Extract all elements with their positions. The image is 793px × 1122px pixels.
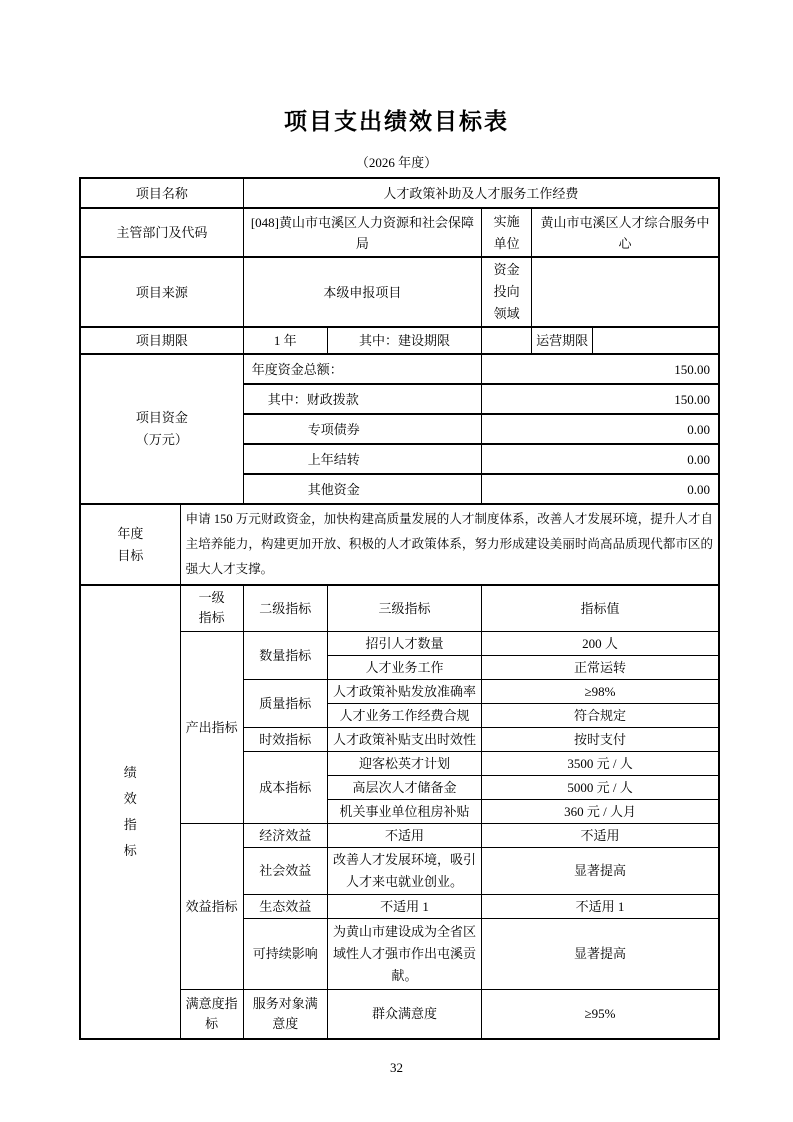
funding-label: 项目资金 （万元）	[80, 354, 243, 504]
indicators-left-label-text: 绩效指标	[123, 760, 138, 864]
op-period-label: 运营期限	[532, 327, 593, 354]
fund-field-label: 资金投向领域	[482, 257, 532, 327]
level1-satisfaction: 满意度指标	[180, 989, 243, 1039]
header-level3: 三级指标	[327, 585, 481, 631]
header-value: 指标值	[482, 585, 719, 631]
level1-benefit: 效益指标	[180, 823, 243, 989]
build-period-value	[482, 327, 532, 354]
level2-ecological: 生态效益	[243, 894, 327, 918]
funding-row-name: 上年结转	[243, 444, 481, 474]
level2-quality: 质量指标	[243, 679, 327, 727]
level3-name: 机关事业单位租房补贴	[327, 799, 481, 823]
level2-cost: 成本指标	[243, 751, 327, 823]
funding-label-line2: （万元）	[83, 429, 241, 451]
funding-row-value: 150.00	[482, 354, 719, 384]
source-label: 项目来源	[80, 257, 243, 327]
impl-unit-label: 实施单位	[482, 208, 532, 257]
department-label: 主管部门及代码	[80, 208, 243, 257]
funding-row-value: 0.00	[482, 414, 719, 444]
row-source: 项目来源 本级申报项目 资金投向领域	[80, 257, 719, 327]
funding-row-name: 年度资金总额：	[243, 354, 481, 384]
level2-timeliness: 时效指标	[243, 727, 327, 751]
page-number: 32	[0, 1060, 793, 1076]
indicator-value: ≥98%	[482, 679, 719, 703]
project-name-value: 人才政策补助及人才服务工作经费	[243, 178, 719, 208]
impl-unit-value: 黄山市屯溪区人才综合服务中心	[532, 208, 719, 257]
annual-goal-label-line2: 目标	[83, 545, 178, 567]
indicators-left-label: 绩效指标	[80, 585, 180, 1039]
document-page: 项目支出绩效目标表 （2026 年度） 项目名称 人才政策补助及人才服务工作经费…	[0, 0, 793, 1076]
indicator-value: 360 元 / 人月	[482, 799, 719, 823]
op-period-value	[593, 327, 719, 354]
level3-name: 群众满意度	[327, 989, 481, 1039]
indicator-value: 5000 元 / 人	[482, 775, 719, 799]
header-level1: 一级指标	[180, 585, 243, 631]
level3-name: 高层次人才储备金	[327, 775, 481, 799]
indicator-value: 不适用	[482, 823, 719, 847]
annual-goal-label-line1: 年度	[83, 523, 178, 545]
level3-name: 不适用 1	[327, 894, 481, 918]
row-indicator-header: 绩效指标 一级指标 二级指标 三级指标 指标值	[80, 585, 719, 631]
indicator-value: 3500 元 / 人	[482, 751, 719, 775]
period-value: 1 年	[243, 327, 327, 354]
level2-service-target: 服务对象满意度	[243, 989, 327, 1039]
funding-row-value: 0.00	[482, 444, 719, 474]
period-label: 项目期限	[80, 327, 243, 354]
indicator-value: 按时支付	[482, 727, 719, 751]
level2-social: 社会效益	[243, 847, 327, 894]
fund-field-value	[532, 257, 719, 327]
funding-label-line1: 项目资金	[83, 407, 241, 429]
level3-name: 人才政策补贴发放准确率	[327, 679, 481, 703]
level2-economic: 经济效益	[243, 823, 327, 847]
level3-name: 改善人才发展环境，吸引人才来屯就业创业。	[327, 847, 481, 894]
source-value: 本级申报项目	[243, 257, 481, 327]
page-subtitle: （2026 年度）	[0, 152, 793, 171]
indicator-value: ≥95%	[482, 989, 719, 1039]
performance-target-table: 项目名称 人才政策补助及人才服务工作经费 主管部门及代码 [048]黄山市屯溪区…	[79, 177, 720, 1040]
indicator-value: 符合规定	[482, 703, 719, 727]
level3-name: 为黄山市建设成为全省区域性人才强市作出屯溪贡献。	[327, 918, 481, 989]
annual-goal-text: 申请 150 万元财政资金，加快构建高质量发展的人才制度体系，改善人才发展环境，…	[180, 504, 719, 585]
funding-row-name: 其他资金	[243, 474, 481, 504]
level1-output: 产出指标	[180, 631, 243, 823]
header-level2: 二级指标	[243, 585, 327, 631]
funding-row-value: 150.00	[482, 384, 719, 414]
row-project-name: 项目名称 人才政策补助及人才服务工作经费	[80, 178, 719, 208]
level3-name: 人才业务工作	[327, 655, 481, 679]
level3-name: 不适用	[327, 823, 481, 847]
level3-name: 迎客松英才计划	[327, 751, 481, 775]
level2-quantity: 数量指标	[243, 631, 327, 679]
level3-name: 人才政策补贴支出时效性	[327, 727, 481, 751]
row-period: 项目期限 1 年 其中：建设期限 运营期限	[80, 327, 719, 354]
annual-goal-label: 年度 目标	[80, 504, 180, 585]
indicator-value: 不适用 1	[482, 894, 719, 918]
build-period-label: 其中：建设期限	[327, 327, 481, 354]
indicator-value: 显著提高	[482, 847, 719, 894]
project-name-label: 项目名称	[80, 178, 243, 208]
indicator-value: 200 人	[482, 631, 719, 655]
row-funding-total: 项目资金 （万元） 年度资金总额： 150.00	[80, 354, 719, 384]
level3-name: 招引人才数量	[327, 631, 481, 655]
page-title: 项目支出绩效目标表	[0, 0, 793, 136]
funding-row-name: 专项债券	[243, 414, 481, 444]
level2-sustainability: 可持续影响	[243, 918, 327, 989]
row-annual-goal: 年度 目标 申请 150 万元财政资金，加快构建高质量发展的人才制度体系，改善人…	[80, 504, 719, 585]
funding-row-name: 其中：财政拨款	[243, 384, 481, 414]
indicator-value: 正常运转	[482, 655, 719, 679]
funding-row-value: 0.00	[482, 474, 719, 504]
department-value: [048]黄山市屯溪区人力资源和社会保障局	[243, 208, 481, 257]
level3-name: 人才业务工作经费合规	[327, 703, 481, 727]
row-department: 主管部门及代码 [048]黄山市屯溪区人力资源和社会保障局 实施单位 黄山市屯溪…	[80, 208, 719, 257]
indicator-value: 显著提高	[482, 918, 719, 989]
